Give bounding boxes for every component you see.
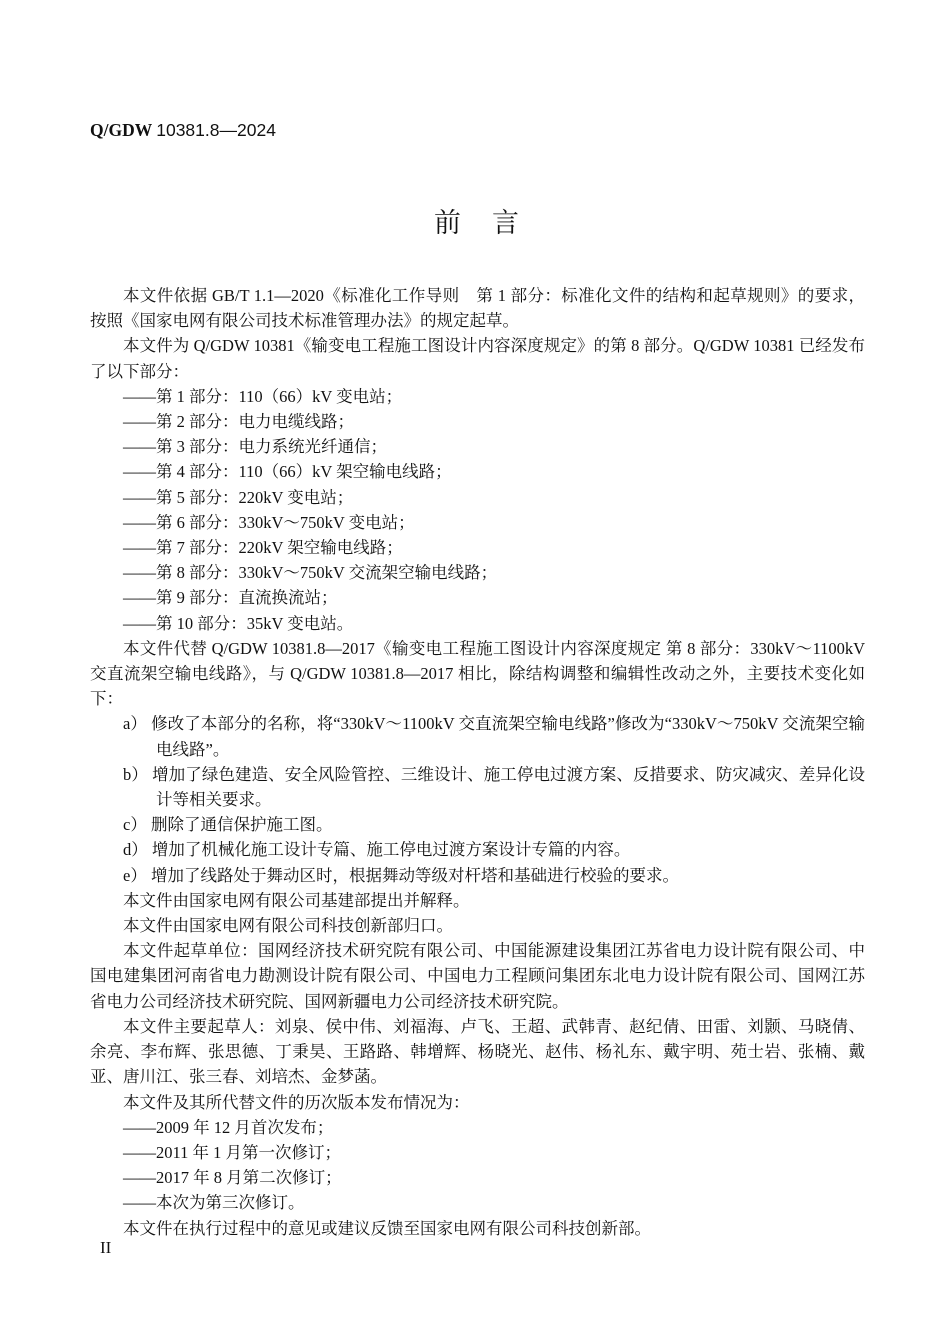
list-item-dash: ——第 1 部分：110（66）kV 变电站； <box>90 384 865 409</box>
paragraph: 本文件由国家电网有限公司科技创新部归口。 <box>90 913 865 938</box>
list-item-dash: ——本次为第三次修订。 <box>90 1190 865 1215</box>
list-item-letter: b） 增加了绿色建造、安全风险管控、三维设计、施工停电过渡方案、反措要求、防灾减… <box>156 762 865 812</box>
paragraph: 本文件及其所代替文件的历次版本发布情况为： <box>90 1090 865 1115</box>
list-item-dash: ——第 6 部分：330kV～750kV 变电站； <box>90 510 865 535</box>
page-number: II <box>100 1238 111 1258</box>
list-item-dash: ——第 8 部分：330kV～750kV 交流架空输电线路； <box>90 560 865 585</box>
list-item-dash: ——2009 年 12 月首次发布； <box>90 1115 865 1140</box>
paragraph: 本文件依据 GB/T 1.1—2020《标准化工作导则 第 1 部分：标准化文件… <box>90 283 865 333</box>
document-code: Q/GDW10381.8—2024 <box>90 120 276 141</box>
list-item-letter: e） 增加了线路处于舞动区时，根据舞动等级对杆塔和基础进行校验的要求。 <box>156 863 865 888</box>
standard-number: 10381.8—2024 <box>156 120 276 140</box>
list-item-dash: ——第 3 部分：电力系统光纤通信； <box>90 434 865 459</box>
list-item-letter: c） 删除了通信保护施工图。 <box>156 812 865 837</box>
list-item-dash: ——第 9 部分：直流换流站； <box>90 585 865 610</box>
list-item-dash: ——2011 年 1 月第一次修订； <box>90 1140 865 1165</box>
list-item-dash: ——第 4 部分：110（66）kV 架空输电线路； <box>90 459 865 484</box>
list-item-dash: ——第 10 部分：35kV 变电站。 <box>90 611 865 636</box>
list-item-letter: a） 修改了本部分的名称，将“330kV～1100kV 交直流架空输电线路”修改… <box>156 711 865 761</box>
paragraph: 本文件起草单位：国网经济技术研究院有限公司、中国能源建设集团江苏省电力设计院有限… <box>90 938 865 1014</box>
page-title: 前 言 <box>90 201 865 240</box>
list-item-letter: d） 增加了机械化施工设计专篇、施工停电过渡方案设计专篇的内容。 <box>156 837 865 862</box>
document-body: 本文件依据 GB/T 1.1—2020《标准化工作导则 第 1 部分：标准化文件… <box>90 283 865 1241</box>
document-page: Q/GDW10381.8—2024 前 言 本文件依据 GB/T 1.1—202… <box>0 0 950 1344</box>
paragraph: 本文件由国家电网有限公司基建部提出并解释。 <box>90 888 865 913</box>
list-item-dash: ——第 5 部分：220kV 变电站； <box>90 485 865 510</box>
standard-prefix: Q/GDW <box>90 120 152 140</box>
paragraph: 本文件主要起草人：刘泉、侯中伟、刘福海、卢飞、王超、武韩青、赵纪倩、田雷、刘颢、… <box>90 1014 865 1090</box>
list-item-dash: ——2017 年 8 月第二次修订； <box>90 1165 865 1190</box>
list-item-dash: ——第 2 部分：电力电缆线路； <box>90 409 865 434</box>
paragraph: 本文件代替 Q/GDW 10381.8—2017《输变电工程施工图设计内容深度规… <box>90 636 865 712</box>
list-item-dash: ——第 7 部分：220kV 架空输电线路； <box>90 535 865 560</box>
paragraph: 本文件为 Q/GDW 10381《输变电工程施工图设计内容深度规定》的第 8 部… <box>90 333 865 383</box>
paragraph: 本文件在执行过程中的意见或建议反馈至国家电网有限公司科技创新部。 <box>90 1216 865 1241</box>
